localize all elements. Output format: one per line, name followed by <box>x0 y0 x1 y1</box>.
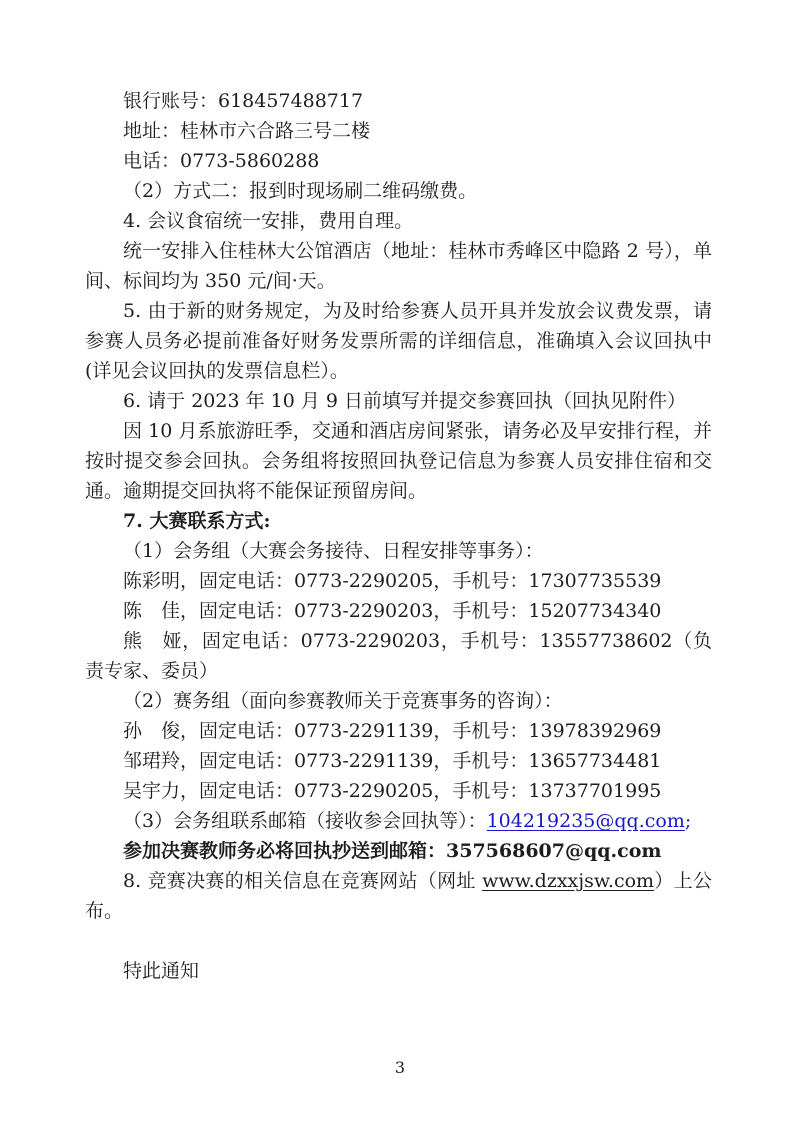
item-4-line: 4. 会议食宿统一安排，费用自理。 <box>85 206 712 236</box>
document-body: 银行账号：618457488717 地址：桂林市六合路三号二楼 电话：0773-… <box>85 86 712 986</box>
item-7-contact-heading: 7. 大赛联系方式: <box>85 506 712 536</box>
group2-heading: （2）赛务组（面向参赛教师关于竞赛事务的咨询）： <box>85 686 712 716</box>
contact-row-wu-yuli: 吴宇力，固定电话：0773-2290205，手机号：13737701995 <box>85 776 712 806</box>
contact-row-sun-jun: 孙 俊，固定电话：0773-2291139，手机号：13978392969 <box>85 716 712 746</box>
item-8-website-line: 8. 竞赛决赛的相关信息在竞赛网站（网址 www.dzxxjsw.com）上公布… <box>85 866 712 926</box>
group1-heading: （1）会务组（大赛会务接待、日程安排等事务）： <box>85 536 712 566</box>
item-6-deadline-line: 6. 请于 2023 年 10 月 9 日前填写并提交参赛回执（回执见附件） <box>85 386 712 416</box>
page-number: 3 <box>0 1058 800 1078</box>
contact-row-zou-junling: 邹珺羚，固定电话：0773-2291139，手机号：13657734481 <box>85 746 712 776</box>
contact-row-xiong-ya: 熊 娅，固定电话：0773-2290203，手机号：13557738602（负责… <box>85 626 712 686</box>
group3-email-line: （3）会务组联系邮箱（接收参会回执等）：104219235@qq.com; <box>85 806 712 836</box>
hotel-arrangement-paragraph: 统一安排入住桂林大公馆酒店（地址：桂林市秀峰区中隐路 2 号），单间、标间均为 … <box>85 236 712 296</box>
receipt-email-link[interactable]: 104219235@qq.com <box>487 810 685 832</box>
contact-row-chen-caiming: 陈彩明，固定电话：0773-2290205，手机号：17307735539 <box>85 566 712 596</box>
october-travel-paragraph: 因 10 月系旅游旺季，交通和酒店房间紧张，请务必及早安排行程，并按时提交参会回… <box>85 416 712 506</box>
item-8-prefix: 8. 竞赛决赛的相关信息在竞赛网站（网址 <box>123 870 482 892</box>
item-5-invoice-paragraph: 5. 由于新的财务规定，为及时给参赛人员开具并发放会议费发票，请参赛人员务必提前… <box>85 296 712 386</box>
group3-email-prefix: （3）会务组联系邮箱（接收参会回执等）： <box>123 810 487 832</box>
phone-line: 电话：0773-5860288 <box>85 146 712 176</box>
closing-notice-line: 特此通知 <box>85 956 712 986</box>
competition-website-link[interactable]: www.dzxxjsw.com <box>482 870 654 892</box>
address-line: 地址：桂林市六合路三号二楼 <box>85 116 712 146</box>
cc-email-bold-line: 参加决赛教师务必将回执抄送到邮箱：357568607@qq.com <box>85 836 712 866</box>
group3-email-suffix: ; <box>685 810 691 832</box>
contact-row-chen-jia: 陈 佳，固定电话：0773-2290203，手机号：15207734340 <box>85 596 712 626</box>
bank-account-line: 银行账号：618457488717 <box>85 86 712 116</box>
payment-method2-line: （2）方式二：报到时现场刷二维码缴费。 <box>85 176 712 206</box>
notice-document-page: 银行账号：618457488717 地址：桂林市六合路三号二楼 电话：0773-… <box>0 0 800 1131</box>
